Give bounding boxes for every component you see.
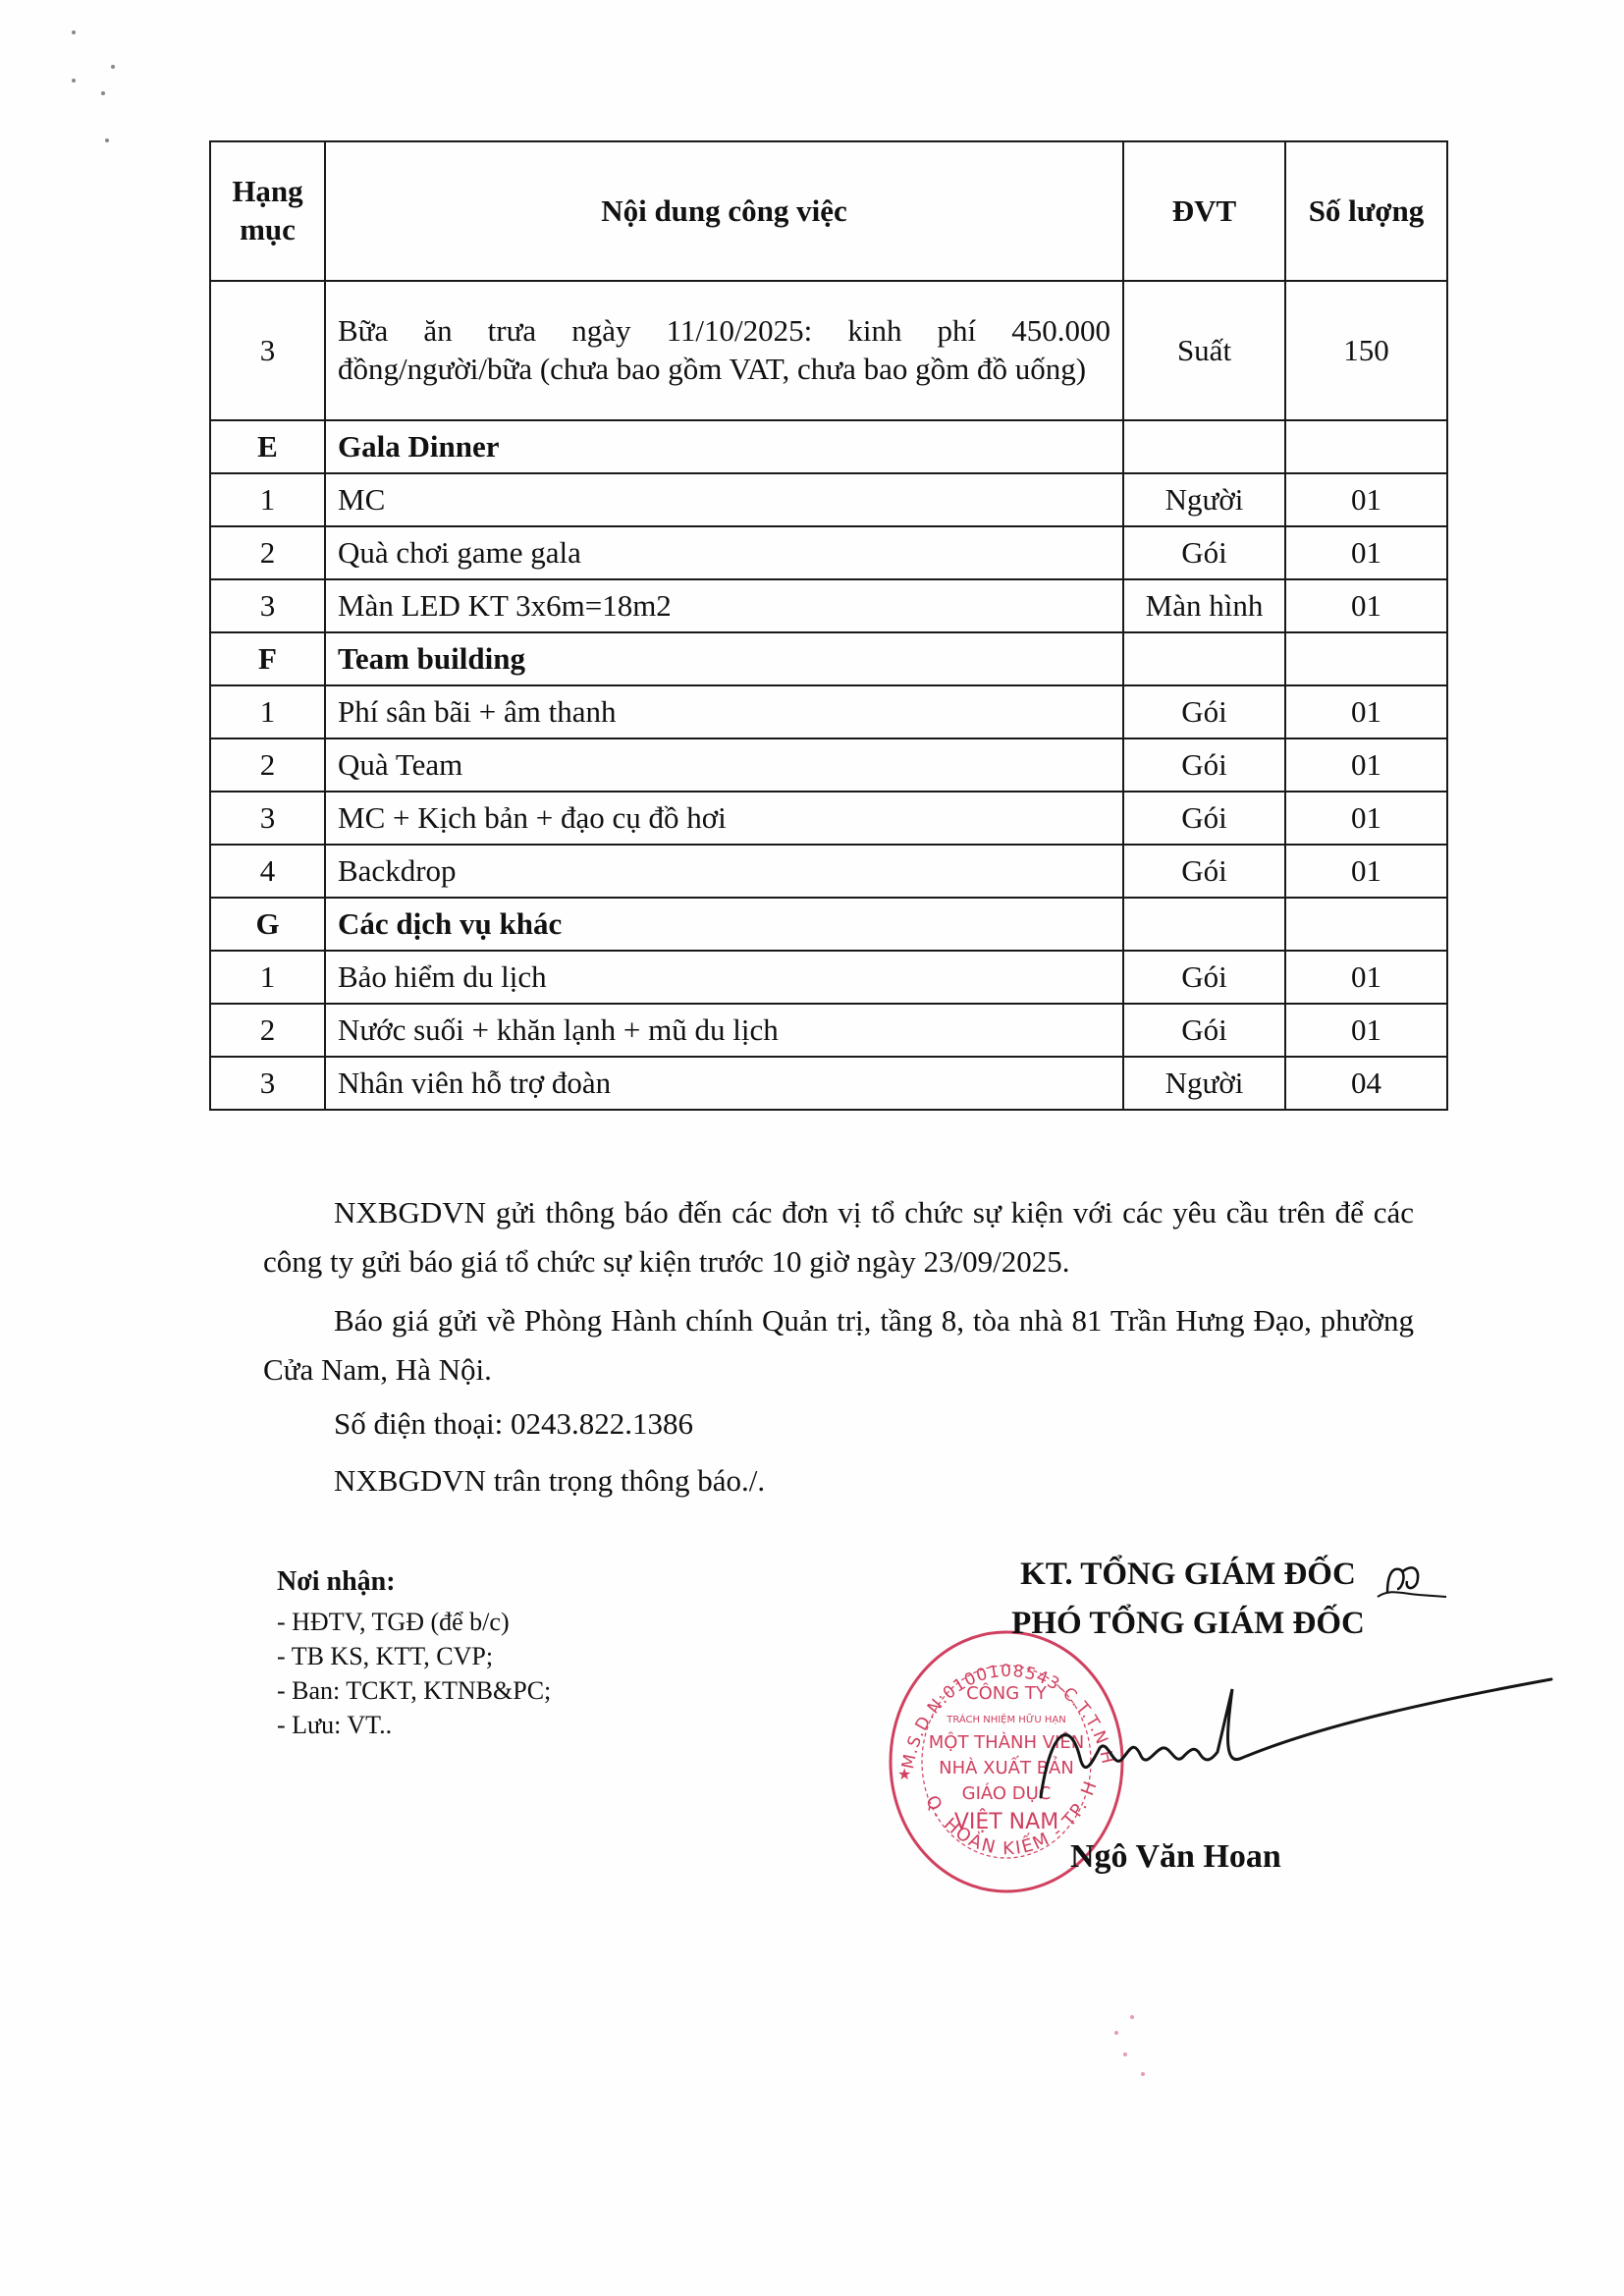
row-quantity — [1285, 632, 1447, 685]
row-description: Bảo hiểm du lịch — [325, 951, 1123, 1004]
signature-line-2: PHÓ TỔNG GIÁM ĐỐC — [943, 1599, 1434, 1648]
row-unit: Suất — [1123, 281, 1285, 420]
row-description: Quà Team — [325, 738, 1123, 792]
row-quantity: 01 — [1285, 685, 1447, 738]
row-unit: Gói — [1123, 951, 1285, 1004]
header-category: Hạng mục — [210, 141, 325, 281]
work-items-table: Hạng mục Nội dung công việc ĐVT Số lượng… — [209, 140, 1448, 1111]
header-unit: ĐVT — [1123, 141, 1285, 281]
row-description: MC — [325, 473, 1123, 526]
row-number: 1 — [210, 685, 325, 738]
recipients-block: Nơi nhận: - HĐTV, TGĐ (để b/c) - TB KS, … — [277, 1564, 551, 1742]
notice-text: NXBGDVN gửi thông báo đến các đơn vị tổ … — [263, 1195, 1414, 1279]
table-body: 3Bữa ăn trưa ngày 11/10/2025: kinh phí 4… — [210, 281, 1447, 1110]
row-description: Gala Dinner — [325, 420, 1123, 473]
row-description: Màn LED KT 3x6m=18m2 — [325, 579, 1123, 632]
table-section-row: GCác dịch vụ khác — [210, 898, 1447, 951]
row-unit — [1123, 898, 1285, 951]
row-description: Các dịch vụ khác — [325, 898, 1123, 951]
table-section-row: EGala Dinner — [210, 420, 1447, 473]
row-quantity: 04 — [1285, 1057, 1447, 1110]
row-unit: Gói — [1123, 738, 1285, 792]
header-quantity: Số lượng — [1285, 141, 1447, 281]
document-page: Hạng mục Nội dung công việc ĐVT Số lượng… — [0, 0, 1624, 2296]
recipient-item: - Lưu: VT.. — [277, 1708, 551, 1742]
table-row: 1MCNgười01 — [210, 473, 1447, 526]
scan-speck — [1123, 2052, 1127, 2056]
row-description: Bữa ăn trưa ngày 11/10/2025: kinh phí 45… — [325, 281, 1123, 420]
row-quantity — [1285, 898, 1447, 951]
row-quantity: 01 — [1285, 579, 1447, 632]
address-text: Báo giá gửi về Phòng Hành chính Quản trị… — [263, 1303, 1414, 1387]
scan-speck — [101, 91, 105, 95]
row-unit: Người — [1123, 473, 1285, 526]
row-description: Quà chơi game gala — [325, 526, 1123, 579]
scan-speck — [1130, 2015, 1134, 2019]
table-row: 3MC + Kịch bản + đạo cụ đồ hơiGói01 — [210, 792, 1447, 845]
row-unit: Gói — [1123, 1004, 1285, 1057]
header-content: Nội dung công việc — [325, 141, 1123, 281]
row-number: F — [210, 632, 325, 685]
row-number: E — [210, 420, 325, 473]
row-unit — [1123, 632, 1285, 685]
scan-speck — [1114, 2031, 1118, 2035]
row-number: 2 — [210, 738, 325, 792]
scan-speck — [105, 138, 109, 142]
row-description: Phí sân bãi + âm thanh — [325, 685, 1123, 738]
row-number: 3 — [210, 579, 325, 632]
row-number: 4 — [210, 845, 325, 898]
closing-line: NXBGDVN trân trọng thông báo./. — [334, 1463, 765, 1499]
row-quantity: 01 — [1285, 1004, 1447, 1057]
signature-icon — [1031, 1669, 1561, 1827]
row-number: G — [210, 898, 325, 951]
address-paragraph: Báo giá gửi về Phòng Hành chính Quản trị… — [263, 1296, 1414, 1394]
row-number: 1 — [210, 473, 325, 526]
row-number: 2 — [210, 1004, 325, 1057]
row-description: MC + Kịch bản + đạo cụ đồ hơi — [325, 792, 1123, 845]
row-description: Nước suối + khăn lạnh + mũ du lịch — [325, 1004, 1123, 1057]
row-unit: Gói — [1123, 792, 1285, 845]
row-number: 3 — [210, 281, 325, 420]
recipient-item: - Ban: TCKT, KTNB&PC; — [277, 1673, 551, 1708]
row-number: 1 — [210, 951, 325, 1004]
scan-speck — [72, 30, 76, 34]
row-quantity: 01 — [1285, 845, 1447, 898]
row-unit: Gói — [1123, 526, 1285, 579]
signer-name: Ngô Văn Hoan — [1070, 1838, 1281, 1876]
signature-block: KT. TỔNG GIÁM ĐỐC PHÓ TỔNG GIÁM ĐỐC — [943, 1550, 1434, 1648]
table-header-row: Hạng mục Nội dung công việc ĐVT Số lượng — [210, 141, 1447, 281]
scan-speck — [111, 65, 115, 69]
row-description: Team building — [325, 632, 1123, 685]
table-row: 1Bảo hiểm du lịchGói01 — [210, 951, 1447, 1004]
row-unit: Màn hình — [1123, 579, 1285, 632]
table-section-row: FTeam building — [210, 632, 1447, 685]
table-row: 3Nhân viên hỗ trợ đoànNgười04 — [210, 1057, 1447, 1110]
table-row: 4BackdropGói01 — [210, 845, 1447, 898]
row-description: Nhân viên hỗ trợ đoàn — [325, 1057, 1123, 1110]
row-quantity: 01 — [1285, 792, 1447, 845]
table-row: 3Bữa ăn trưa ngày 11/10/2025: kinh phí 4… — [210, 281, 1447, 420]
table-row: 2Quà chơi game galaGói01 — [210, 526, 1447, 579]
table-row: 1Phí sân bãi + âm thanhGói01 — [210, 685, 1447, 738]
recipient-item: - HĐTV, TGĐ (để b/c) — [277, 1605, 551, 1639]
row-number: 3 — [210, 792, 325, 845]
row-unit: Gói — [1123, 685, 1285, 738]
row-quantity: 01 — [1285, 738, 1447, 792]
phone-line: Số điện thoại: 0243.822.1386 — [334, 1406, 693, 1442]
row-description: Backdrop — [325, 845, 1123, 898]
notice-paragraph: NXBGDVN gửi thông báo đến các đơn vị tổ … — [263, 1188, 1414, 1286]
row-unit: Người — [1123, 1057, 1285, 1110]
table-row: 2Quà TeamGói01 — [210, 738, 1447, 792]
recipient-item: - TB KS, KTT, CVP; — [277, 1639, 551, 1673]
table-row: 2Nước suối + khăn lạnh + mũ du lịchGói01 — [210, 1004, 1447, 1057]
recipients-title: Nơi nhận: — [277, 1564, 551, 1599]
row-number: 3 — [210, 1057, 325, 1110]
initials-icon — [1370, 1559, 1448, 1603]
scan-speck — [1141, 2072, 1145, 2076]
row-quantity: 150 — [1285, 281, 1447, 420]
row-quantity — [1285, 420, 1447, 473]
row-quantity: 01 — [1285, 473, 1447, 526]
scan-speck — [72, 79, 76, 82]
row-unit — [1123, 420, 1285, 473]
signature-line-1: KT. TỔNG GIÁM ĐỐC — [943, 1550, 1434, 1599]
table-row: 3Màn LED KT 3x6m=18m2Màn hình01 — [210, 579, 1447, 632]
row-quantity: 01 — [1285, 526, 1447, 579]
row-quantity: 01 — [1285, 951, 1447, 1004]
row-number: 2 — [210, 526, 325, 579]
svg-text:★: ★ — [897, 1767, 911, 1783]
row-unit: Gói — [1123, 845, 1285, 898]
